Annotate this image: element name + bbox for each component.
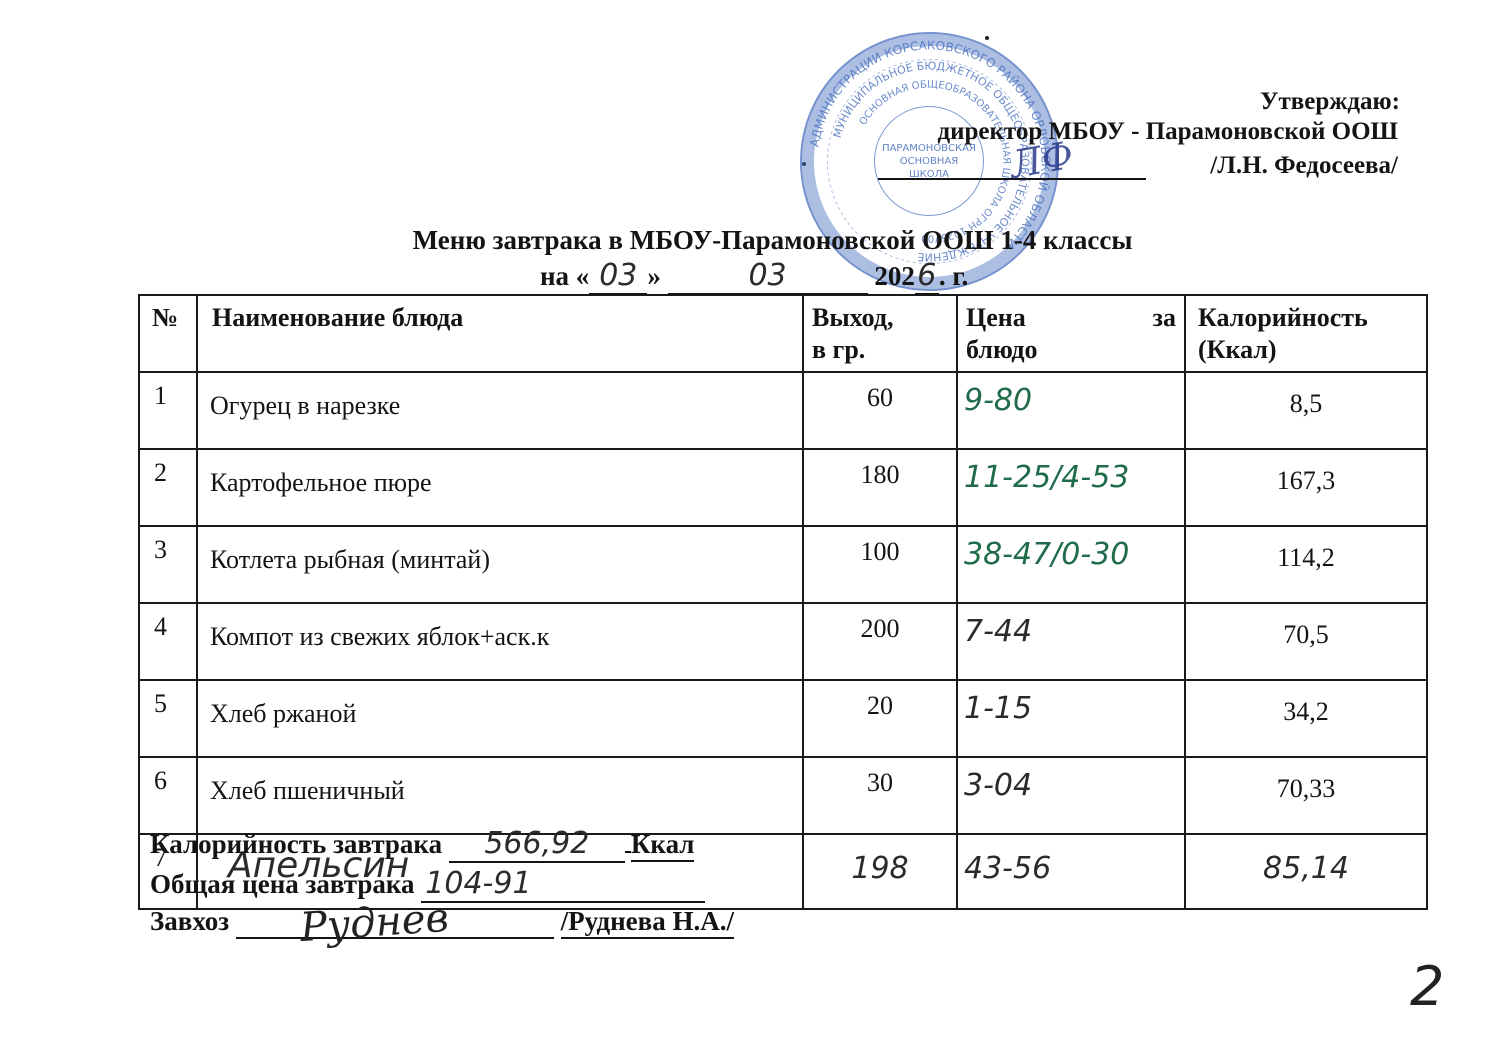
date-mid: »: [647, 261, 661, 291]
header-price-line2: блюдо: [966, 334, 1176, 366]
header-calories: Калорийность (Ккал): [1185, 295, 1427, 372]
keeper-signature: Руднев: [299, 895, 451, 951]
row-calories: 114,2: [1185, 526, 1427, 603]
table-row: 6 Хлеб пшеничный 30 3-04 70,33: [139, 757, 1427, 834]
menu-date: на «03» 03 2026. г.: [540, 258, 968, 295]
table-row: 2 Картофельное пюре 180 11-25/4-53 167,3: [139, 449, 1427, 526]
date-prefix: на «: [540, 261, 589, 291]
menu-title: Меню завтрака в МБОУ-Парамоновской ООШ 1…: [0, 225, 1500, 256]
approval-title: Утверждаю:: [1260, 88, 1400, 116]
header-price-word2: за: [1153, 302, 1176, 334]
row-price: 3-04: [957, 757, 1185, 834]
breakfast-calories: Калорийность завтрака 566,92Ккал: [150, 826, 694, 863]
row-yield: 60: [803, 372, 957, 449]
row-name: Картофельное пюре: [197, 449, 803, 526]
row-calories: 167,3: [1185, 449, 1427, 526]
header-cal-line1: Калорийность: [1198, 302, 1418, 334]
svg-text:ОСНОВНАЯ ОБЩЕОБРАЗОВАТЕЛЬНАЯ Ш: ОСНОВНАЯ ОБЩЕОБРАЗОВАТЕЛЬНАЯ ШКОЛА ОГРН …: [858, 79, 1012, 243]
header-price: Цена за блюдо: [957, 295, 1185, 372]
date-suffix: . г.: [939, 261, 968, 291]
approval-position: директор МБОУ - Парамоновской ООШ: [937, 118, 1398, 146]
row-no: 5: [139, 680, 197, 757]
date-day: 03: [589, 258, 647, 295]
director-name: /Л.Н. Федосеева/: [1210, 152, 1398, 180]
row-yield: 20: [803, 680, 957, 757]
row-no: 3: [139, 526, 197, 603]
row-yield: 100: [803, 526, 957, 603]
row-yield: 30: [803, 757, 957, 834]
header-name: Наименование блюда: [197, 295, 803, 372]
row-price: 7-44: [957, 603, 1185, 680]
table-header-row: № Наименование блюда Выход, в гр. Цена з…: [139, 295, 1427, 372]
price-label: Общая цена завтрака: [150, 869, 415, 899]
row-yield: 198: [803, 834, 957, 909]
table-row: 3 Котлета рыбная (минтай) 100 38-47/0-30…: [139, 526, 1427, 603]
header-no: №: [139, 295, 197, 372]
page-number: 2: [1410, 955, 1444, 1018]
row-no: 2: [139, 449, 197, 526]
table-row: 5 Хлеб ржаной 20 1-15 34,2: [139, 680, 1427, 757]
date-month: 03: [668, 258, 868, 295]
row-no: 1: [139, 372, 197, 449]
header-cal-line2: (Ккал): [1198, 334, 1418, 366]
table-row: 4 Компот из свежих яблок+аск.к 200 7-44 …: [139, 603, 1427, 680]
keeper-label: Завхоз: [150, 906, 229, 936]
header-yield: Выход, в гр.: [803, 295, 957, 372]
row-calories: 34,2: [1185, 680, 1427, 757]
row-no: 6: [139, 757, 197, 834]
header-yield-line1: Выход,: [812, 302, 948, 334]
row-calories: 85,14: [1185, 834, 1427, 909]
row-calories: 70,33: [1185, 757, 1427, 834]
price-total: 104-91: [421, 866, 705, 903]
row-price: 38-47/0-30: [957, 526, 1185, 603]
calories-label: Калорийность завтрака: [150, 829, 442, 859]
row-price: 1-15: [957, 680, 1185, 757]
row-no: 4: [139, 603, 197, 680]
row-price: 43-56: [957, 834, 1185, 909]
row-name: Огурец в нарезке: [197, 372, 803, 449]
header-price-word1: Цена: [966, 302, 1026, 334]
row-name: Компот из свежих яблок+аск.к: [197, 603, 803, 680]
calories-total: 566,92: [449, 826, 625, 863]
keeper-name: /Руднева Н.А./: [561, 906, 734, 939]
stamp-center-line: ОСНОВНАЯ: [900, 155, 958, 168]
menu-table: № Наименование блюда Выход, в гр. Цена з…: [138, 294, 1428, 910]
calories-unit: Ккал: [631, 829, 695, 862]
table-row: 1 Огурец в нарезке 60 9-80 8,5: [139, 372, 1427, 449]
row-name: Хлеб ржаной: [197, 680, 803, 757]
row-price: 9-80: [957, 372, 1185, 449]
ink-dot: [985, 36, 989, 40]
row-name: Котлета рыбная (минтай): [197, 526, 803, 603]
row-calories: 8,5: [1185, 372, 1427, 449]
row-yield: 200: [803, 603, 957, 680]
date-year-prefix: 202: [874, 261, 915, 291]
ink-dot: [802, 162, 806, 166]
date-year-digit: 6: [915, 258, 939, 295]
row-yield: 180: [803, 449, 957, 526]
row-calories: 70,5: [1185, 603, 1427, 680]
header-yield-line2: в гр.: [812, 334, 948, 366]
row-price: 11-25/4-53: [957, 449, 1185, 526]
row-name: Хлеб пшеничный: [197, 757, 803, 834]
